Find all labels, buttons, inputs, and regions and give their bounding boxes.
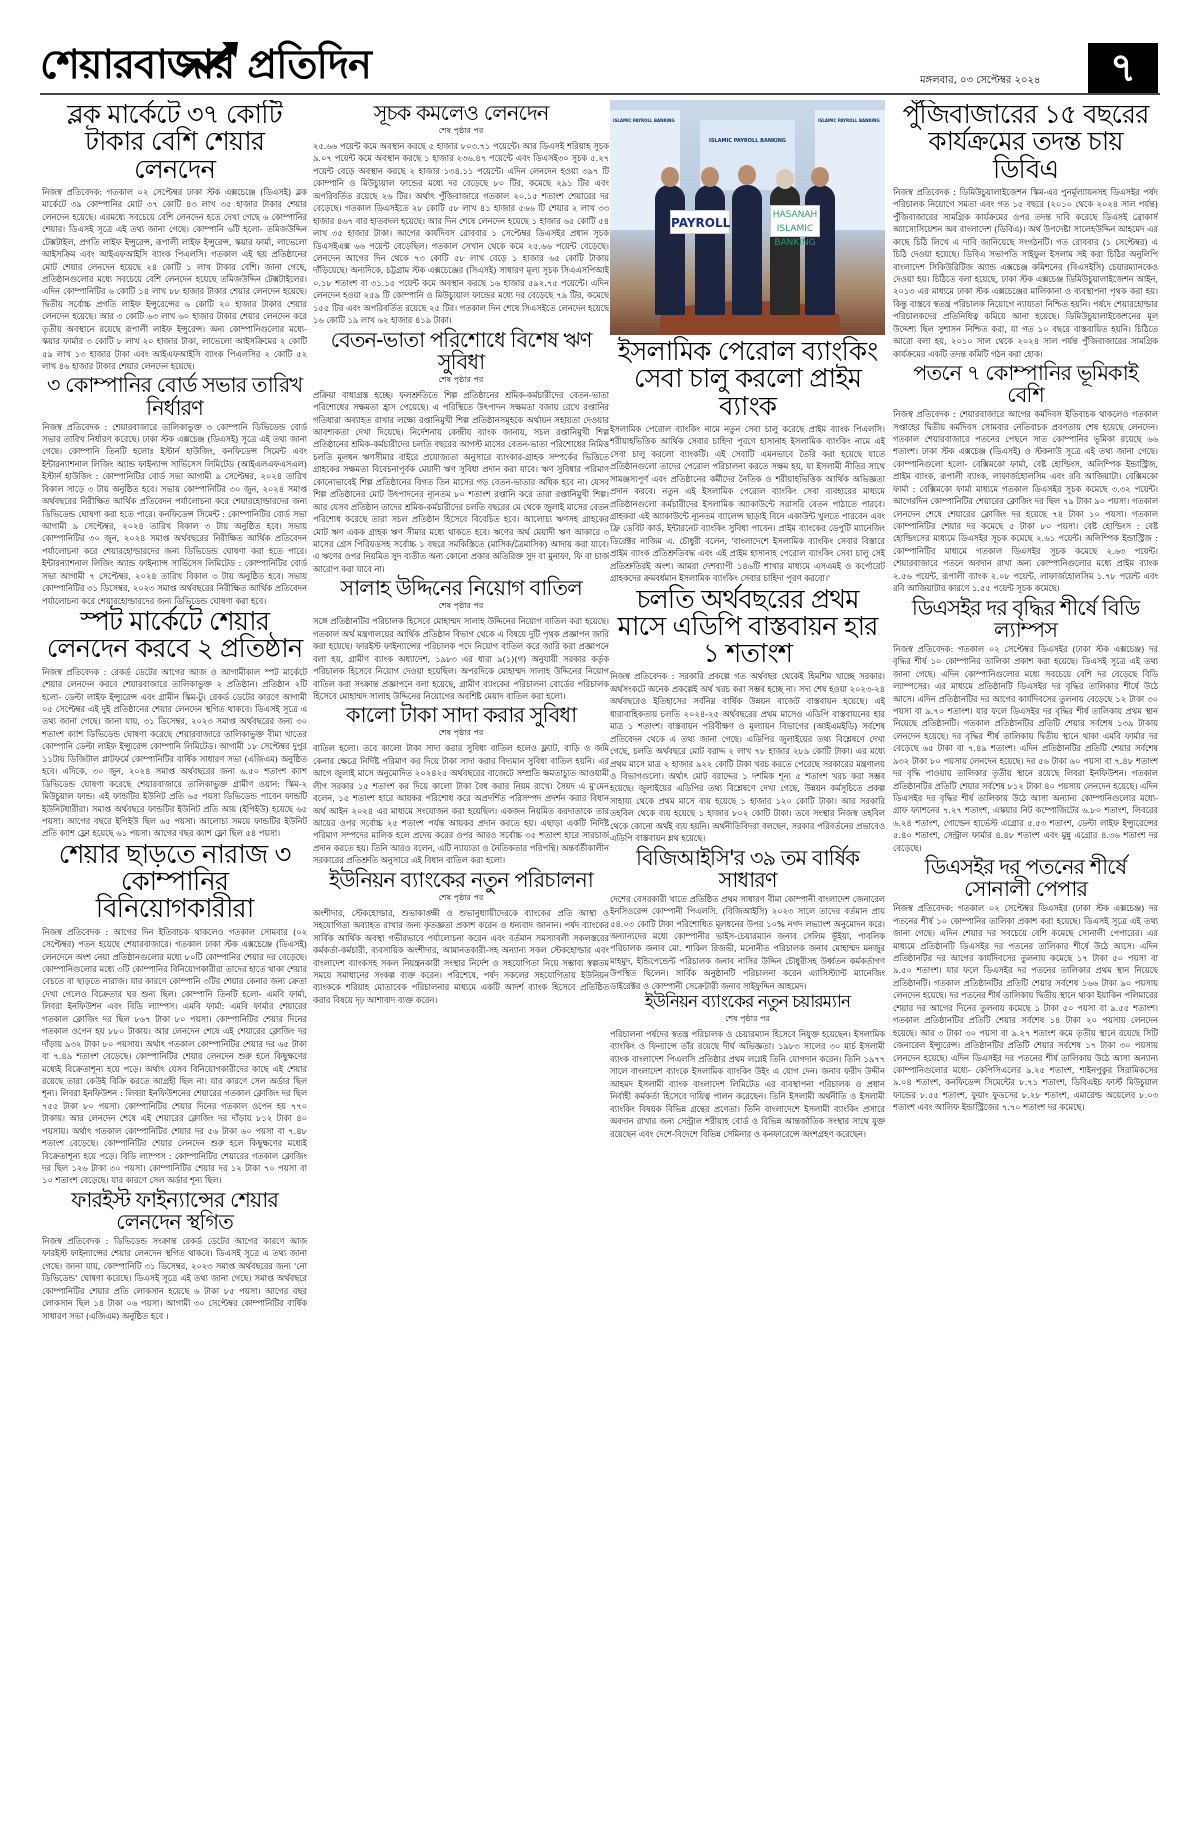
continued-label: শেষ পৃষ্ঠার পর — [610, 1013, 885, 1026]
article-spot-market: স্পট মার্কেটে শেয়ার লেনদেন করবে ২ প্রতি… — [42, 609, 307, 840]
headline: সূচক কমলেও লেনদেন — [313, 102, 609, 124]
article-top-loser: ডিএসইর দর পতনের শীর্ষে সোনালী পেপার নিজস… — [893, 856, 1158, 1114]
headline: কালো টাকা সাদা করার সুবিধা — [313, 704, 609, 726]
column-3: ISLAMIC PAYROLL BANKING ISLAMIC PAYROLL … — [610, 100, 885, 1140]
person-head — [661, 167, 679, 187]
headline: পতনে ৭ কোম্পানির ভূমিকাই বেশি — [893, 362, 1158, 406]
trending-up-arrow-icon — [180, 40, 240, 80]
masthead: শেয়ারবাজার প্রতিদিন মঙ্গলবার, ০৩ সেপ্টে… — [0, 0, 1200, 92]
continued-label: শেষ পৃষ্ঠার পর — [313, 600, 609, 613]
article-top-gainer: ডিএসইর দর বৃদ্ধির শীর্ষে বিডি ল্যাম্পস ন… — [893, 597, 1158, 855]
headline: সালাহ উদ্দিনের নিয়োগ বাতিল — [313, 577, 609, 599]
headline: স্পট মার্কেটে শেয়ার লেনদেন করবে ২ প্রতি… — [42, 609, 307, 664]
article-body: নিজস্ব প্রতিবেদক : আগের দিন ইতিবাচক থাকল… — [42, 926, 307, 1187]
column-1: ব্লক মার্কেটে ৩৭ কোটি টাকার বেশি শেয়ার … — [42, 100, 307, 1322]
headline: পুঁজিবাজারের ১৫ বছরের কার্যক্রমের তদন্ত … — [893, 102, 1158, 184]
article-body: সঙ্গে প্রতিষ্ঠানটির পরিচালক হিসেবে মোহাম… — [313, 615, 609, 702]
headline: চলতি অর্থবছরের প্রথম মাসে এডিপি বাস্তবায… — [610, 587, 885, 669]
article-salah-uddin: সালাহ উদ্দিনের নিয়োগ বাতিল শেষ পৃষ্ঠার … — [313, 577, 609, 702]
person-head — [738, 165, 756, 185]
article-dba-investigation: পুঁজিবাজারের ১৫ বছরের কার্যক্রমের তদন্ত … — [893, 102, 1158, 360]
headline: ৩ কোম্পানির বোর্ড সভার তারিখ নির্ধারণ — [42, 374, 307, 418]
continued-label: শেষ পৃষ্ঠার পর — [313, 125, 609, 138]
article-body: ২৫.৬৬ পয়েন্ট কমে অবস্থান করছে ৫ হাজার ৮… — [313, 140, 609, 327]
article-body: বাতিল হলো। তবে কালো টাকা সাদা করার সুবিধ… — [313, 742, 609, 866]
continued-label: শেষ পৃষ্ঠার পর — [313, 374, 609, 387]
continued-label: শেষ পৃষ্ঠার পর — [313, 892, 609, 905]
news-photo: ISLAMIC PAYROLL BANKING ISLAMIC PAYROLL … — [610, 100, 885, 335]
article-union-bank-chairman: ইউনিয়ন ব্যাংকের নতুন চয়ারম্যান শেষ পৃষ… — [610, 994, 885, 1140]
article-bgic: বিজিআইসি'র ৩৯ তম বার্ষিক সাধারণ দেশের বে… — [610, 847, 885, 993]
person — [695, 185, 725, 315]
headline: ডিএসইর দর বৃদ্ধির শীর্ষে বিডি ল্যাম্পস — [893, 597, 1158, 641]
headline: ফারইস্ট ফাইন্যান্সের শেয়ার লেনদেন স্থগি… — [42, 1189, 307, 1233]
person — [655, 185, 685, 315]
article-fareast-finance: ফারইস্ট ফাইন্যান্সের শেয়ার লেনদেন স্থগি… — [42, 1189, 307, 1322]
headline: ইউনিয়ন ব্যাংকের নতুন চয়ারম্যান — [610, 994, 885, 1012]
article-body: নিজস্ব প্রতিবেদক : ডিভিডেন্ড সংক্রান্ত র… — [42, 1235, 307, 1322]
article-body: প্রক্রিয়া বাধাগ্রস্ত হচ্ছে। ফলশ্রুতিতে … — [313, 389, 609, 576]
headline: বেতন-ভাতা পরিশোধে বিশেষ ঋণ সুবিধা — [313, 329, 609, 373]
article-index-fell: সূচক কমলেও লেনদেন শেষ পৃষ্ঠার পর ২৫.৬৬ প… — [313, 102, 609, 327]
article-black-money: কালো টাকা সাদা করার সুবিধা শেষ পৃষ্ঠার প… — [313, 704, 609, 866]
hasanah-sign: HASANAH ISLAMIC BANKING — [770, 205, 820, 237]
article-body: নিজস্ব প্রতিবেদক : ডিমিউচুয়ালাইজেশন স্ক… — [893, 186, 1158, 360]
header-divider — [40, 93, 1160, 95]
article-fall-7-companies: পতনে ৭ কোম্পানির ভূমিকাই বেশি নিজস্ব প্র… — [893, 362, 1158, 595]
article-body: দেশের বেসরকারী খাতে প্রতিষ্ঠিত প্রথম সাধ… — [610, 893, 885, 993]
payroll-sign: PAYROLL — [670, 210, 730, 234]
headline: ব্লক মার্কেটে ৩৭ কোটি টাকার বেশি শেয়ার … — [42, 102, 307, 184]
article-adp: চলতি অর্থবছরের প্রথম মাসে এডিপি বাস্তবায… — [610, 587, 885, 845]
article-body: নিজস্ব প্রতিবেদক: গতকাল ০২ সেপ্টেম্বর ডি… — [893, 643, 1158, 854]
article-body: নিজস্ব প্রতিবেদক: গতকাল ০২ সেপ্টেম্বর ডি… — [893, 902, 1158, 1113]
issue-date: মঙ্গলবার, ০৩ সেপ্টেম্বর ২০২৪ — [920, 73, 1041, 90]
headline: ইউনিয়ন ব্যাংকের নতুন পরিচালনা — [313, 869, 609, 891]
article-block-market: ব্লক মার্কেটে ৩৭ কোটি টাকার বেশি শেয়ার … — [42, 102, 307, 372]
article-investors-reluctant: শেয়ার ছাড়তে নারাজ ৩ কোম্পানির বিনিয়োগ… — [42, 842, 307, 1187]
article-body: নিজস্ব প্রতিবেদক : রেকর্ড ডেটের আগের আজ … — [42, 666, 307, 840]
column-2: সূচক কমলেও লেনদেন শেষ পৃষ্ঠার পর ২৫.৬৬ প… — [313, 100, 609, 1006]
article-body: অংশীদার, স্টেকহোল্ডার, শুভাকাঙ্ক্ষী ও শু… — [313, 907, 609, 1007]
headline: ইসলামিক পেরোল ব্যাংকিং সেবা চালু করলো প্… — [610, 339, 885, 421]
headline: ডিএসইর দর পতনের শীর্ষে সোনালী পেপার — [893, 856, 1158, 900]
article-body: নিজস্ব প্রতিবেদক : শেয়ারবাজারে তালিকাভু… — [42, 421, 307, 608]
person-head — [811, 167, 829, 187]
article-body: পরিচালনা পর্ষদের স্বতন্ত্র পরিচালক ও চেয… — [610, 1028, 885, 1140]
page-number: ৭ — [1088, 43, 1158, 93]
person-head — [701, 167, 719, 187]
person-head — [776, 169, 794, 189]
article-body: নিজস্ব প্রতিবেদক: গতকাল ০২ সেপ্টেম্বর ঢা… — [42, 186, 307, 373]
article-body: নিজস্ব প্রতিবেদক : সরকারি প্রকল্পে গত অর… — [610, 670, 885, 844]
article-union-bank-board: ইউনিয়ন ব্যাংকের নতুন পরিচালনা শেষ পৃষ্ঠ… — [313, 869, 609, 1007]
article-salary-loan: বেতন-ভাতা পরিশোধে বিশেষ ঋণ সুবিধা শেষ পৃ… — [313, 329, 609, 576]
article-board-meeting: ৩ কোম্পানির বোর্ড সভার তারিখ নির্ধারণ নি… — [42, 374, 307, 607]
column-4: পুঁজিবাজারের ১৫ বছরের কার্যক্রমের তদন্ত … — [893, 100, 1158, 1114]
person — [732, 185, 762, 315]
article-prime-bank: ISLAMIC PAYROLL BANKING ISLAMIC PAYROLL … — [610, 100, 885, 585]
article-body: নিজস্ব প্রতিবেদক : শেয়ারবাজারে আগের কর্… — [893, 408, 1158, 595]
article-body: ইসলামিক পেরোল ব্যাংকিং নামে নতুন সেবা চা… — [610, 423, 885, 585]
headline: শেয়ার ছাড়তে নারাজ ৩ কোম্পানির বিনিয়োগ… — [42, 842, 307, 924]
continued-label: শেষ পৃষ্ঠার পর — [313, 727, 609, 740]
headline: বিজিআইসি'র ৩৯ তম বার্ষিক সাধারণ — [610, 847, 885, 891]
